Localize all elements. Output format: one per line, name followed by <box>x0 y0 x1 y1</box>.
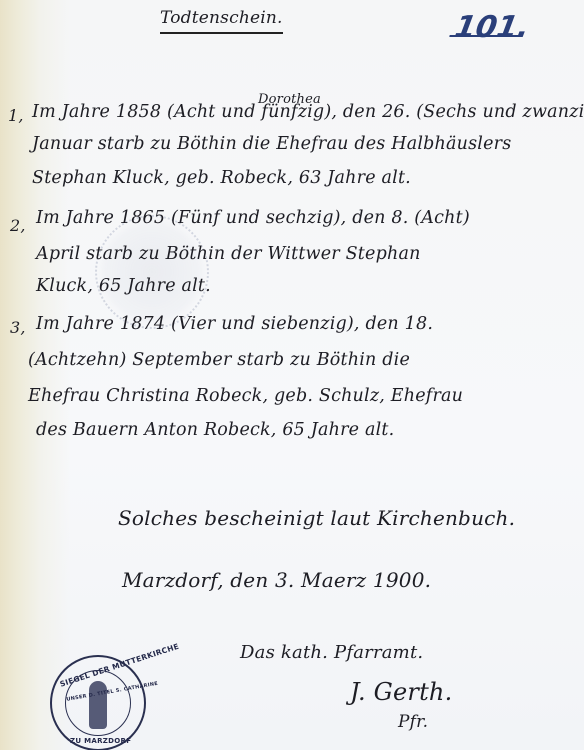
entry-line: (Achtzehn) September starb zu Böthin die <box>28 350 410 370</box>
seal-bleed-through <box>95 215 209 329</box>
entry-line: Stephan Kluck, geb. Robeck, 63 Jahre alt… <box>32 168 411 188</box>
entry-number: 3, <box>10 318 26 337</box>
entry-line: Im Jahre 1874 (Vier und siebenzig), den … <box>36 314 433 334</box>
signature-title: Pfr. <box>398 712 428 732</box>
parish-office: Das kath. Pfarramt. <box>240 642 423 663</box>
entry-line: Im Jahre 1865 (Fünf und sechzig), den 8.… <box>36 208 470 228</box>
entry-number: 1, <box>8 106 24 125</box>
signature: J. Gerth. <box>350 678 452 706</box>
saint-figure-icon <box>89 681 107 729</box>
church-seal: SIEGEL DER MUTTERKIRCHE UNSER D. TITEL S… <box>50 655 146 750</box>
document-title: Todtenschein. <box>160 8 283 34</box>
entry-line: Kluck, 65 Jahre alt. <box>36 276 211 296</box>
entry-line: Ehefrau Christina Robeck, geb. Schulz, E… <box>28 386 463 406</box>
page-number: 101. <box>452 10 532 45</box>
seal-bottom-text: ZU MARZDORF <box>70 737 130 745</box>
document-page: Todtenschein. 101. 1, Dorothea Im Jahre … <box>0 0 584 750</box>
attestation-text: Solches bescheinigt laut Kirchenbuch. <box>118 506 515 530</box>
entry-number: 2, <box>10 216 26 235</box>
entry-line: April starb zu Böthin der Wittwer Stepha… <box>36 244 421 264</box>
entry-line: des Bauern Anton Robeck, 65 Jahre alt. <box>36 420 394 440</box>
entry-line: Im Jahre 1858 (Acht und fünfzig), den 26… <box>32 102 584 122</box>
entry-line: Januar starb zu Böthin die Ehefrau des H… <box>32 134 511 154</box>
place-date: Marzdorf, den 3. Maerz 1900. <box>122 568 431 592</box>
